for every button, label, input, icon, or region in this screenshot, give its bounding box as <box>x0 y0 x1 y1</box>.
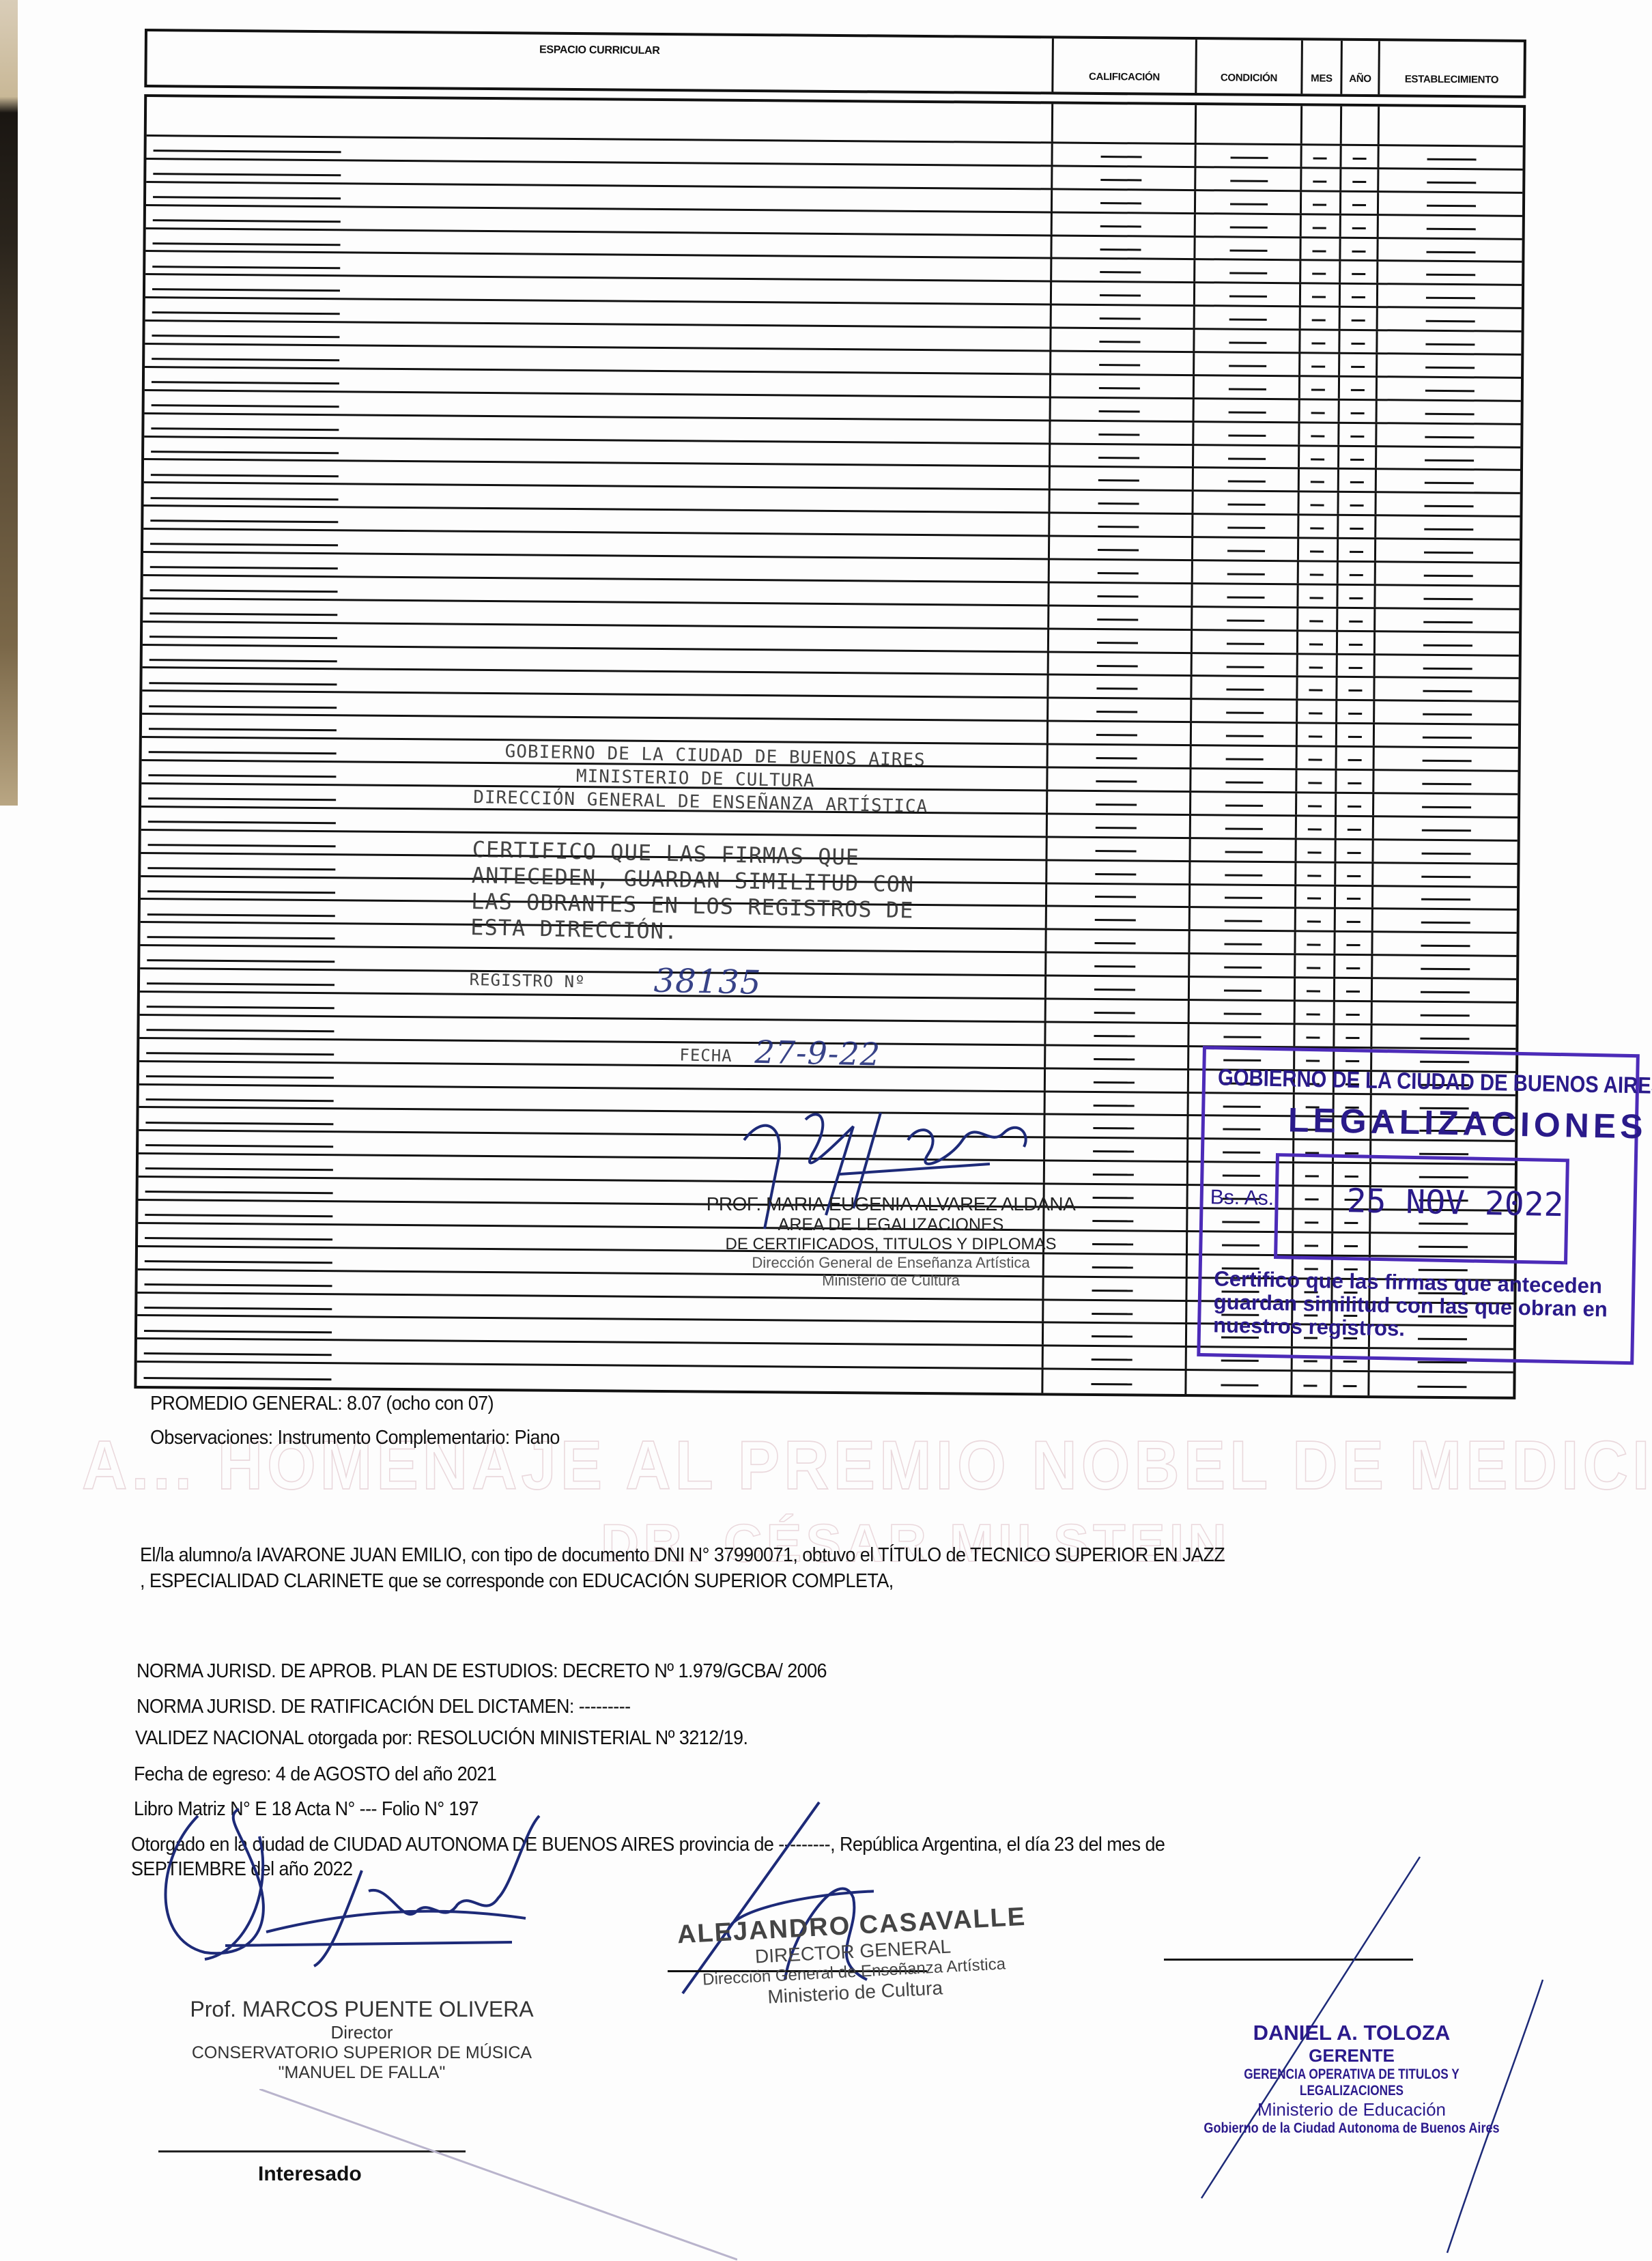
blank-dash <box>1096 757 1137 759</box>
table-cell <box>1371 864 1517 886</box>
blank-dash <box>1308 851 1322 853</box>
blank-dash <box>146 1075 334 1079</box>
table-cell <box>1184 1371 1290 1395</box>
blank-dash <box>1311 458 1324 460</box>
blank-dash <box>1100 294 1141 296</box>
table-cell <box>1049 444 1192 467</box>
blank-dash <box>1099 364 1140 366</box>
blank-dash <box>1310 551 1324 553</box>
blank-dash <box>1424 575 1473 578</box>
table-cell <box>1373 632 1519 655</box>
table-cell <box>1191 538 1297 560</box>
table-cell <box>1043 1115 1186 1138</box>
table-cell <box>1049 421 1192 444</box>
table-cell <box>1191 515 1297 537</box>
blank-dash <box>1423 690 1472 693</box>
blank-dash <box>1098 457 1139 459</box>
table-cell <box>1045 907 1188 930</box>
blank-dash <box>1307 944 1320 946</box>
table-cell <box>1335 678 1373 699</box>
table-cell <box>1044 1069 1187 1092</box>
blank-dash <box>1095 942 1136 944</box>
blank-dash <box>1351 343 1365 345</box>
table-cell <box>1333 979 1371 1000</box>
blank-dash <box>1229 319 1267 321</box>
stamp-line: ESTA DIRECCIÓN. <box>470 914 679 944</box>
table-cell <box>1188 931 1294 953</box>
table-cell <box>1299 261 1339 283</box>
table-cell <box>1294 909 1334 930</box>
blank-dash <box>1348 713 1362 715</box>
blank-dash <box>1225 897 1262 899</box>
table-cell <box>1188 862 1294 884</box>
table-cell <box>1371 933 1516 955</box>
stamp-date: 25 NOV 2022 <box>1346 1182 1564 1224</box>
blank-dash <box>1425 413 1475 416</box>
table-cell <box>1373 724 1518 747</box>
table-cell <box>1046 791 1189 814</box>
table-cell <box>1375 470 1520 493</box>
blank-dash <box>1347 921 1361 923</box>
promedio-general: PROMEDIO GENERAL: 8.07 (ocho con 07) <box>150 1393 494 1415</box>
table-cell <box>1049 375 1193 397</box>
table-cell <box>1371 979 1516 1001</box>
blank-dash <box>1227 619 1264 621</box>
statement-line-2: , ESPECIALIDAD CLARINETE que se correspo… <box>140 1570 894 1593</box>
blank-dash <box>149 636 337 639</box>
table-cell <box>1190 723 1296 745</box>
blank-dash <box>1425 390 1475 393</box>
table-cell <box>1372 817 1518 840</box>
blank-dash <box>1094 1035 1135 1037</box>
blank-dash <box>153 196 341 199</box>
blank-dash <box>1422 829 1471 832</box>
blank-dash <box>1310 573 1324 575</box>
blank-dash <box>1350 528 1363 530</box>
blank-dash <box>153 173 341 176</box>
blank-dash <box>1346 1014 1360 1016</box>
blank-dash <box>149 659 337 662</box>
blank-dash <box>1098 572 1139 574</box>
table-cell <box>1043 1139 1186 1161</box>
table-cell <box>1294 978 1333 999</box>
blank-dash <box>1343 1361 1357 1363</box>
table-cell <box>1190 746 1296 768</box>
blank-dash <box>1347 898 1361 900</box>
blank-dash <box>1093 1127 1134 1129</box>
table-cell <box>1191 561 1297 583</box>
table-cell <box>1337 563 1374 584</box>
blank-dash <box>1426 297 1475 300</box>
table-cell <box>1371 910 1517 933</box>
blank-dash <box>143 1377 331 1380</box>
blank-dash <box>1096 780 1137 782</box>
stamp-place: Bs. As. <box>1210 1186 1274 1210</box>
table-cell <box>1295 816 1335 838</box>
table-cell <box>1294 933 1333 954</box>
table-cell <box>1296 608 1336 629</box>
blank-dash <box>1424 528 1473 531</box>
header-mes: MES <box>1300 40 1341 94</box>
table-cell <box>1043 1162 1186 1184</box>
blank-dash <box>1224 990 1262 992</box>
blank-dash <box>147 867 335 870</box>
blank-dash <box>1230 226 1268 228</box>
blank-dash <box>1225 920 1262 922</box>
table-cell <box>1195 105 1300 143</box>
blank-dash <box>1096 804 1137 806</box>
table-cell <box>1367 1372 1513 1397</box>
table-cell <box>1335 701 1373 722</box>
blank-dash <box>153 242 341 246</box>
blank-dash <box>1348 806 1361 808</box>
table-cell <box>1371 956 1516 978</box>
table-cell <box>1377 146 1522 169</box>
table-cell <box>1190 700 1296 722</box>
blank-dash <box>1309 666 1323 668</box>
table-cell <box>1371 887 1517 909</box>
blank-dash <box>1307 990 1320 992</box>
director-name: Prof. MARCOS PUENTE OLIVERA <box>177 1997 546 2022</box>
table-cell <box>1376 285 1522 308</box>
blank-dash <box>1098 526 1139 528</box>
blank-dash <box>1095 896 1136 898</box>
table-cell <box>1372 794 1518 816</box>
table-cell <box>1188 839 1294 861</box>
blank-dash <box>1347 874 1361 877</box>
table-cell <box>1191 492 1297 513</box>
table-cell <box>1294 886 1334 907</box>
blank-dash <box>150 589 338 593</box>
blank-dash <box>1308 805 1322 807</box>
blank-dash <box>1312 319 1326 322</box>
table-cell <box>1298 377 1338 398</box>
blank-dash <box>1100 271 1141 273</box>
blank-dash <box>1350 436 1364 438</box>
blank-dash <box>1350 458 1364 460</box>
blank-dash <box>1308 782 1322 784</box>
blank-dash <box>1226 689 1264 691</box>
table-cell <box>1376 331 1521 354</box>
blank-dash <box>1100 317 1141 319</box>
table-cell <box>1051 190 1194 212</box>
table-cell <box>1337 470 1375 491</box>
blank-dash <box>1099 387 1140 389</box>
blank-dash <box>1424 552 1473 554</box>
table-cell <box>1373 609 1519 631</box>
stamp-cert: nuestros registros. <box>1213 1313 1405 1341</box>
blank-dash <box>147 982 334 986</box>
blank-dash <box>1349 666 1363 668</box>
blank-dash <box>1346 991 1360 993</box>
table-cell <box>1374 539 1520 562</box>
table-cell <box>1048 537 1191 560</box>
blank-dash <box>1097 642 1138 644</box>
table-cell <box>1193 376 1298 398</box>
director-signature-block: Prof. MARCOS PUENTE OLIVERA Director CON… <box>177 1997 546 2083</box>
blank-dash <box>1224 1012 1262 1014</box>
table-cell <box>1339 146 1377 167</box>
table-cell <box>1049 398 1193 421</box>
blank-dash <box>151 451 339 454</box>
table-cell <box>1042 1347 1185 1369</box>
blank-dash <box>152 311 340 315</box>
table-cell <box>1049 468 1192 490</box>
blank-dash <box>1228 434 1266 436</box>
blank-dash <box>1224 967 1262 969</box>
blank-dash <box>1309 713 1322 715</box>
table-cell <box>1194 214 1300 236</box>
table-cell <box>1337 423 1375 444</box>
director-role: Director <box>177 2022 546 2043</box>
blank-dash <box>1092 1359 1133 1361</box>
table-cell <box>1296 747 1335 768</box>
table-cell <box>1335 724 1373 745</box>
blank-dash <box>1095 919 1136 921</box>
blank-dash <box>1348 852 1361 854</box>
blank-dash <box>145 1144 333 1148</box>
table-cell <box>1339 285 1376 306</box>
blank-dash <box>1306 1036 1320 1038</box>
blank-dash <box>1350 504 1364 507</box>
blank-dash <box>1425 505 1474 508</box>
blank-dash <box>1229 388 1266 390</box>
table-cell <box>1194 168 1300 190</box>
blank-dash <box>1097 618 1138 621</box>
table-cell <box>1339 215 1377 236</box>
table-cell <box>1044 999 1188 1022</box>
blank-dash <box>1427 158 1477 161</box>
blank-dash <box>149 728 337 731</box>
table-cell <box>1335 748 1373 769</box>
blank-dash <box>151 497 339 500</box>
blank-dash <box>1311 365 1325 367</box>
blank-dash <box>1421 922 1470 924</box>
table-cell <box>1296 631 1336 653</box>
table-cell <box>1334 909 1371 930</box>
blank-dash <box>149 612 337 616</box>
blank-dash <box>1312 273 1326 275</box>
table-cell <box>1298 446 1337 468</box>
blank-dash <box>1100 225 1141 227</box>
blank-dash <box>146 1052 334 1055</box>
blank-dash <box>150 566 338 569</box>
table-cell <box>1189 769 1295 791</box>
table-cell <box>1376 354 1521 377</box>
table-cell <box>1296 585 1336 606</box>
blank-dash <box>1352 319 1365 322</box>
blank-dash <box>1098 433 1139 436</box>
blank-dash <box>1313 227 1326 229</box>
blank-dash <box>1225 782 1263 784</box>
table-cell <box>1046 676 1190 698</box>
blank-dash <box>1092 1335 1133 1337</box>
table-cell <box>1297 493 1337 514</box>
norma-ratificacion: NORMA JURISD. DE RATIFICACIÓN DEL DICTAM… <box>137 1696 631 1718</box>
blank-dash <box>1343 1385 1356 1387</box>
table-cell <box>1300 106 1340 143</box>
blank-dash <box>1351 389 1365 391</box>
table-cell <box>1187 1024 1293 1046</box>
blank-dash <box>1352 273 1365 275</box>
blank-dash <box>1093 1174 1134 1176</box>
table-cell <box>1376 262 1522 285</box>
blank-dash <box>1351 412 1365 414</box>
blank-dash <box>152 266 340 269</box>
blank-dash <box>1311 481 1324 483</box>
table-cell <box>1044 1023 1187 1045</box>
blank-dash <box>1092 1290 1133 1292</box>
table-cell <box>1334 886 1371 907</box>
table-cell <box>1376 308 1522 330</box>
table-cell <box>1337 539 1374 560</box>
blank-dash <box>1427 205 1476 208</box>
table-cell <box>1044 1046 1187 1068</box>
table-cell <box>1041 1370 1184 1395</box>
table-cell <box>1193 307 1299 328</box>
table-cell <box>1190 677 1296 699</box>
gerente-org: Gobierno de la Ciudad Autonoma de Buenos… <box>1187 2120 1516 2137</box>
table-cell <box>1298 354 1338 375</box>
blank-dash <box>145 1260 332 1264</box>
blank-dash <box>1225 804 1263 806</box>
table-cell <box>1333 1025 1370 1047</box>
blank-dash <box>1349 644 1363 646</box>
blank-dash <box>1309 620 1323 622</box>
blank-dash <box>1097 665 1138 667</box>
blank-dash <box>1348 829 1361 831</box>
blank-dash <box>1231 156 1268 158</box>
table-cell <box>1193 353 1298 375</box>
gerente-org: GERENCIA OPERATIVA DE TITULOS Y LEGALIZA… <box>1195 2066 1508 2099</box>
table-cell <box>1045 861 1188 883</box>
table-cell <box>1376 239 1522 261</box>
table-cell <box>1192 469 1298 491</box>
blank-dash <box>151 427 339 431</box>
blank-dash <box>1311 343 1325 345</box>
table-cell <box>1370 1025 1515 1048</box>
blank-dash <box>1348 759 1362 761</box>
blank-dash <box>1425 436 1474 438</box>
table-cell <box>1335 794 1372 815</box>
table-cell <box>1295 793 1335 814</box>
blank-dash <box>1311 412 1325 414</box>
blank-dash <box>1423 737 1472 739</box>
table-cell <box>1300 192 1339 213</box>
table-cell <box>1194 145 1300 167</box>
blank-dash <box>1094 1058 1135 1060</box>
header-establecimiento: ESTABLECIMIENTO <box>1378 41 1524 96</box>
table-cell <box>1374 516 1520 539</box>
table-cell <box>1300 169 1339 190</box>
blank-dash <box>1348 689 1362 692</box>
blank-dash <box>1098 479 1139 481</box>
table-cell <box>1046 814 1189 837</box>
table-cell <box>1330 1372 1367 1395</box>
blank-dash <box>1228 457 1266 459</box>
table-cell <box>1047 653 1191 675</box>
blank-dash <box>148 844 336 847</box>
blank-dash <box>1307 921 1321 923</box>
signer-area: Dirección General de Enseñanza Artística <box>659 1254 1123 1272</box>
blank-dash <box>1094 1081 1135 1083</box>
table-cell <box>1377 216 1522 238</box>
blank-dash <box>1423 760 1472 763</box>
table-cell <box>1192 423 1298 444</box>
table-cell <box>1042 1300 1185 1323</box>
table-cell <box>1339 261 1376 283</box>
blank-dash <box>1421 1014 1470 1017</box>
table-cell <box>1045 884 1188 907</box>
blank-dash <box>146 1029 334 1032</box>
table-cell <box>1188 885 1294 907</box>
blank-dash <box>147 913 335 917</box>
table-cell <box>1371 1002 1516 1025</box>
blank-dash <box>1423 644 1472 646</box>
table-cell <box>1294 863 1334 884</box>
blank-dash <box>150 520 338 523</box>
blank-dash <box>1227 596 1264 598</box>
blank-dash <box>1421 898 1470 901</box>
blank-dash <box>1094 965 1135 967</box>
table-cell <box>1046 722 1190 745</box>
blank-dash <box>1351 366 1365 368</box>
blank-dash <box>1228 481 1266 483</box>
blank-dash <box>1309 597 1323 599</box>
blank-dash <box>1094 1104 1135 1106</box>
blank-dash <box>1422 806 1471 809</box>
table-cell <box>1193 238 1299 259</box>
blank-dash <box>1348 736 1362 738</box>
table-cell <box>1189 816 1295 838</box>
table-cell <box>1188 1001 1294 1023</box>
table-cell <box>1042 1324 1185 1346</box>
table-cell <box>1333 956 1371 977</box>
blank-dash <box>1100 202 1141 204</box>
table-cell <box>1373 702 1518 724</box>
table-cell <box>1188 954 1294 976</box>
blank-dash <box>1423 667 1472 670</box>
blank-dash <box>1094 1012 1135 1014</box>
table-cell <box>1051 213 1194 236</box>
blank-dash <box>152 404 339 408</box>
table-cell <box>1335 771 1372 792</box>
signer-area: Ministerio de Cultura <box>659 1272 1123 1290</box>
table-cell <box>1051 143 1194 166</box>
table-cell <box>1377 169 1522 192</box>
blank-dash <box>1345 1037 1359 1039</box>
blank-dash <box>1423 713 1472 716</box>
table-cell <box>1336 631 1373 653</box>
blank-dash <box>1229 365 1266 367</box>
blank-dash <box>1229 342 1266 344</box>
blank-dash <box>1346 944 1360 946</box>
blank-dash <box>1427 227 1476 230</box>
gerente-org: Ministerio de Educación <box>1160 2099 1543 2120</box>
table-cell <box>1297 539 1337 560</box>
blank-dash <box>1229 249 1267 251</box>
gerente-signature-block: DANIEL A. TOLOZA GERENTE GERENCIA OPERAT… <box>1160 2021 1543 2137</box>
blank-dash <box>147 936 335 939</box>
table-cell <box>1337 493 1374 514</box>
blank-dash <box>1100 248 1141 251</box>
header-calificacion: CALIFICACIÓN <box>1051 38 1195 93</box>
blank-dash <box>1427 182 1476 184</box>
statement-line-1: El/la alumno/a IAVARONE JUAN EMILIO, con… <box>140 1544 1225 1567</box>
blank-dash <box>149 705 337 709</box>
table-cell <box>1191 631 1296 653</box>
blank-dash <box>1422 783 1471 786</box>
